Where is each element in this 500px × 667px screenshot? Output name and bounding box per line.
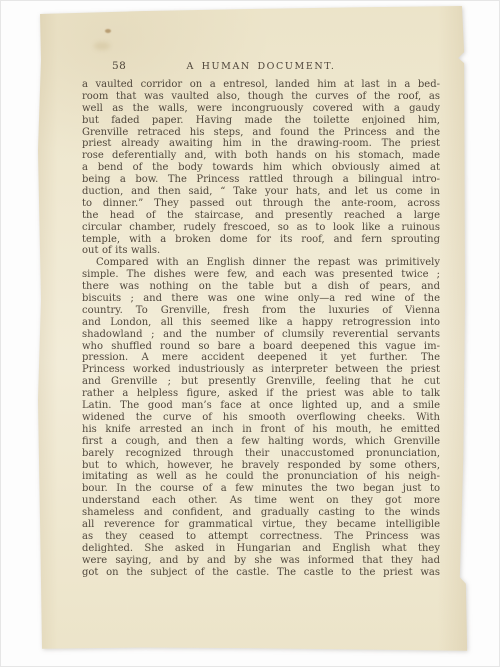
- text-line: Princess worked industriously as interpr…: [82, 364, 440, 376]
- text-line: circular chamber, rudely frescoed, so as…: [82, 222, 440, 234]
- text-line: rather a helpless figure, asked if the p…: [82, 388, 440, 400]
- text-line: who shuffled round so bare a board deepe…: [82, 341, 440, 353]
- scan-background: 58 A HUMAN DOCUMENT. a vaulted corridor …: [0, 0, 500, 667]
- text-line: imitating as well as he could the pronun…: [82, 471, 440, 483]
- text-line: priest already awaiting him in the drawi…: [82, 138, 440, 150]
- book-page-wrapper: 58 A HUMAN DOCUMENT. a vaulted corridor …: [0, 0, 500, 667]
- text-line: widened the curve of his smooth overflow…: [82, 412, 440, 424]
- running-title: A HUMAN DOCUMENT.: [82, 61, 440, 72]
- text-line: bour. In the course of a few minutes the…: [82, 483, 440, 495]
- text-line: to dinner.” They passed out through the …: [82, 198, 440, 210]
- text-line: temple, with a broken dome for its roof,…: [82, 234, 440, 246]
- page-header: 58 A HUMAN DOCUMENT.: [82, 60, 440, 74]
- text-line: room that was vaulted also, though the c…: [82, 91, 440, 103]
- text-line: and Grenville ; but presently Grenville,…: [82, 376, 440, 388]
- text-line: but faded paper. Having made the toilett…: [82, 115, 440, 127]
- text-line: there was nothing on the table but a dis…: [82, 281, 440, 293]
- text-line: simple. The dishes were few, and each wa…: [82, 269, 440, 281]
- text-line: delighted. She asked in Hungarian and En…: [82, 543, 440, 555]
- text-line: Latin. The good man’s face at once light…: [82, 400, 440, 412]
- paper-stain: [94, 42, 110, 50]
- text-line: the head of the staircase, and presently…: [82, 210, 440, 222]
- book-page: 58 A HUMAN DOCUMENT. a vaulted corridor …: [36, 4, 468, 654]
- text-line: first a cough, and then a few halting wo…: [82, 436, 440, 448]
- text-line: were saying, and by and by she was infor…: [82, 555, 440, 567]
- text-line: barely recognized through their unaccust…: [82, 448, 440, 460]
- text-line: out of its walls.: [82, 245, 440, 257]
- text-line: a bend of the body towards him which obv…: [82, 162, 440, 174]
- text-line: rose deferentially and, with both hands …: [82, 150, 440, 162]
- text-line: Compared with an English dinner the repa…: [82, 257, 440, 269]
- text-line: but to which, however, he bravely respon…: [82, 460, 440, 472]
- text-line: duction, and then said, “ Take your hats…: [82, 186, 440, 198]
- text-line: pression. A mere accident deepened it ye…: [82, 352, 440, 364]
- text-line: Grenville retraced his steps, and found …: [82, 127, 440, 139]
- text-line: as they ceased to attempt correctness. T…: [82, 531, 440, 543]
- text-line: his knife arrested an inch in front of h…: [82, 424, 440, 436]
- text-line: understand each other. As time went on t…: [82, 495, 440, 507]
- text-line: a vaulted corridor on a entresol, landed…: [82, 79, 440, 91]
- text-line: all reverence for grammatical virtue, th…: [82, 519, 440, 531]
- text-line: biscuits ; and there was one wine only—a…: [82, 293, 440, 305]
- text-line: shameless and confident, and gradually c…: [82, 507, 440, 519]
- text-line: being a bow. The Princess rattled throug…: [82, 174, 440, 186]
- text-line: shadowland ; and the number of clumsily …: [82, 329, 440, 341]
- text-line: well as the walls, were incongruously co…: [82, 103, 440, 115]
- text-line: country. To Grenville, fresh from the lu…: [82, 305, 440, 317]
- paper-stain: [105, 29, 111, 33]
- text-line: got on the subject of the castle. The ca…: [82, 567, 440, 579]
- page-text: a vaulted corridor on a entresol, landed…: [82, 79, 440, 578]
- text-line: and London, all this seemed like a happy…: [82, 317, 440, 329]
